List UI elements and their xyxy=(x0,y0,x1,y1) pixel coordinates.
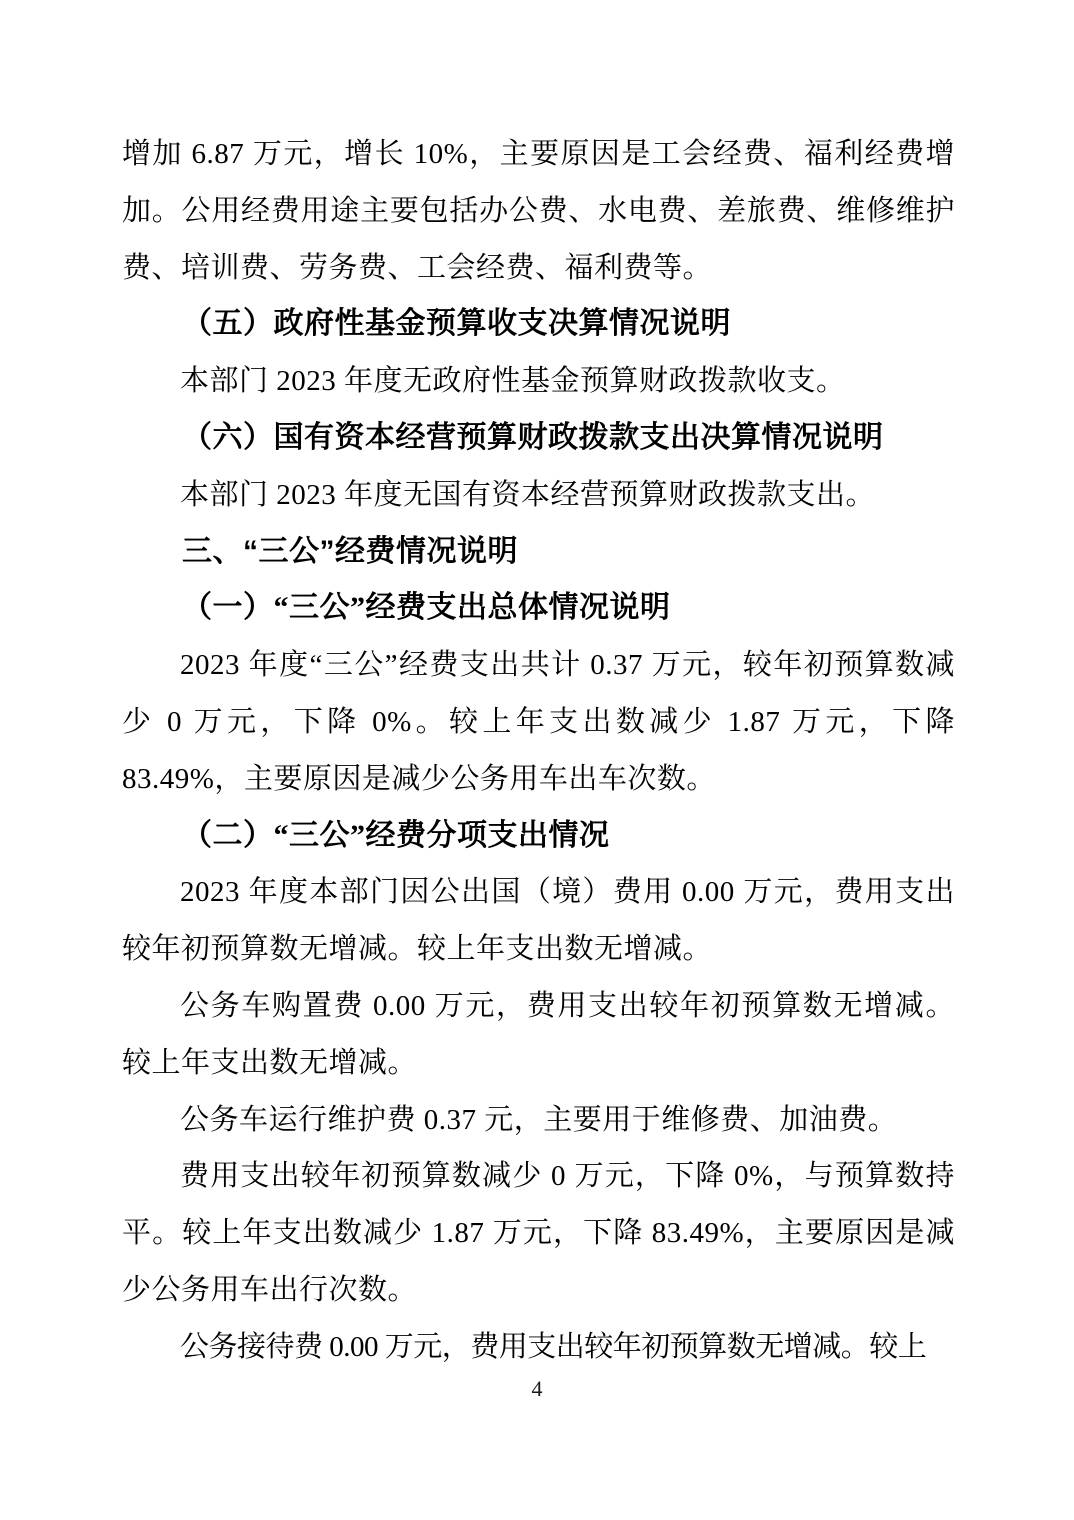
page-number: 4 xyxy=(0,1376,1074,1402)
paragraph: 2023 年度“三公”经费支出共计 0.37 万元，较年初预算数减少 0 万元，… xyxy=(122,637,955,807)
paragraph: 费用支出较年初预算数减少 0 万元，下降 0%，与预算数持平。较上年支出数减少 … xyxy=(122,1148,955,1318)
paragraph: 增加 6.87 万元，增长 10%，主要原因是工会经费、福利经费增加。公用经费用… xyxy=(122,126,955,296)
section-heading: 三、“三公”经费情况说明 xyxy=(122,524,955,581)
paragraph: 公务车购置费 0.00 万元，费用支出较年初预算数无增减。较上年支出数无增减。 xyxy=(122,978,955,1092)
paragraph: 本部门 2023 年度无国有资本经营预算财政拨款支出。 xyxy=(122,467,955,524)
section-heading: （一）“三公”经费支出总体情况说明 xyxy=(122,580,955,637)
section-heading: （六）国有资本经营预算财政拨款支出决算情况说明 xyxy=(122,410,955,467)
paragraph: 本部门 2023 年度无政府性基金预算财政拨款收支。 xyxy=(122,353,955,410)
document-content: 增加 6.87 万元，增长 10%，主要原因是工会经费、福利经费增加。公用经费用… xyxy=(122,126,955,1376)
paragraph: 公务车运行维护费 0.37 元，主要用于维修费、加油费。 xyxy=(122,1092,955,1149)
paragraph: 公务接待费 0.00 万元，费用支出较年初预算数无增减。较上 xyxy=(122,1319,955,1376)
document-page: 增加 6.87 万元，增长 10%，主要原因是工会经费、福利经费增加。公用经费用… xyxy=(0,0,1074,1520)
section-heading: （五）政府性基金预算收支决算情况说明 xyxy=(122,296,955,353)
section-heading: （二）“三公”经费分项支出情况 xyxy=(122,808,955,865)
paragraph: 2023 年度本部门因公出国（境）费用 0.00 万元，费用支出较年初预算数无增… xyxy=(122,864,955,978)
